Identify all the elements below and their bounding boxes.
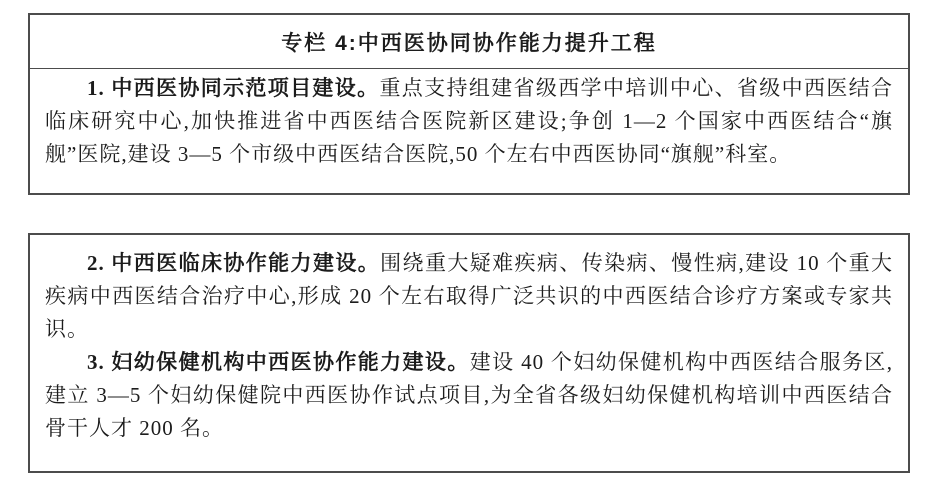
program-item-3-lead: 3. 妇幼保健机构中西医协作能力建设。 xyxy=(87,350,470,374)
program-item-2-lead: 2. 中西医临床协作能力建设。 xyxy=(87,251,380,275)
column-box-1: 专栏 4:中西医协同协作能力提升工程 1. 中西医协同示范项目建设。重点支持组建… xyxy=(28,13,910,195)
program-item-1-lead: 1. 中西医协同示范项目建设。 xyxy=(87,76,379,100)
program-item-3: 3. 妇幼保健机构中西医协作能力建设。建设 40 个妇幼保健机构中西医结合服务区… xyxy=(45,346,893,445)
column-box-title: 专栏 4:中西医协同协作能力提升工程 xyxy=(30,15,908,69)
document-page: { "colors": { "background": "#ffffff", "… xyxy=(0,0,945,491)
column-box-2: 2. 中西医临床协作能力建设。围绕重大疑难疾病、传染病、慢性病,建设 10 个重… xyxy=(28,233,910,473)
program-item-2: 2. 中西医临床协作能力建设。围绕重大疑难疾病、传染病、慢性病,建设 10 个重… xyxy=(45,247,893,346)
program-item-1: 1. 中西医协同示范项目建设。重点支持组建省级西学中培训中心、省级中西医结合临床… xyxy=(45,72,893,171)
column-box-1-body: 1. 中西医协同示范项目建设。重点支持组建省级西学中培训中心、省级中西医结合临床… xyxy=(30,69,908,171)
column-box-2-body: 2. 中西医临床协作能力建设。围绕重大疑难疾病、传染病、慢性病,建设 10 个重… xyxy=(30,235,908,445)
